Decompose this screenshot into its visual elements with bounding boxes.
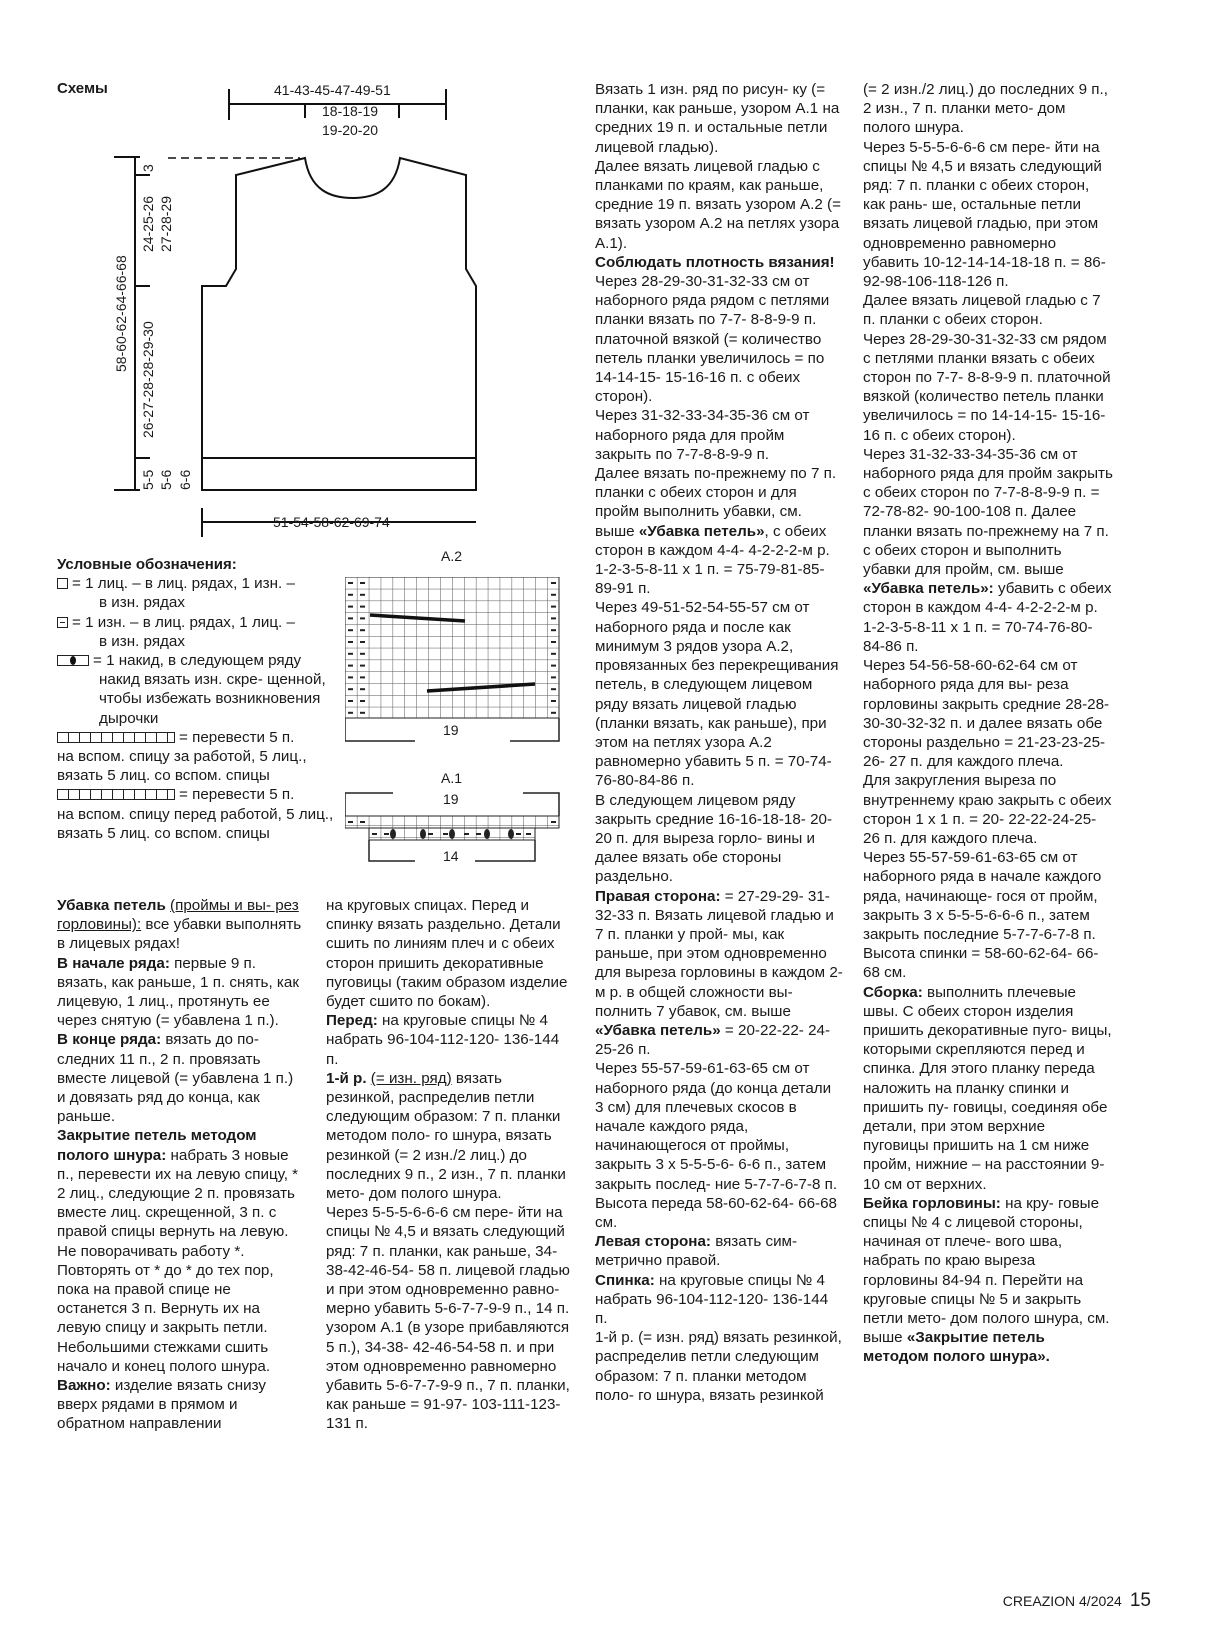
paragraph: Далее вязать лицевой гладью с планками п…: [595, 157, 843, 253]
garment-schematic: [0, 0, 580, 540]
rib-dim-1: 5-5: [140, 470, 156, 490]
text-column-3: Вязать 1 изн. ряд по рисун- ку (= планки…: [595, 80, 843, 1405]
paragraph: Левая сторона: вязать сим- метрично прав…: [595, 1232, 843, 1270]
paragraph: Через 28-29-30-31-32-33 см от наборного …: [595, 272, 843, 406]
text-column-1: Убавка петель (проймы и вы- рез горловин…: [57, 896, 302, 1434]
text-column-2: на круговых спицах. Перед и спинку вязат…: [326, 896, 574, 1434]
text-column-4: (= 2 изн./2 лиц.) до последних 9 п., 2 и…: [863, 80, 1113, 1367]
armhole-dim-1: 24-25-26: [140, 196, 156, 252]
rib-dim-2: 5-6: [158, 470, 174, 490]
paragraph: Через 31-32-33-34-35-36 см от наборного …: [863, 445, 1113, 656]
paragraph: 1-й р. (= изн. ряд) вязать резинкой, рас…: [326, 1069, 574, 1203]
paragraph: Спинка: на круговые спицы № 4 набрать 96…: [595, 1271, 843, 1329]
legend-item-yarn-over: = 1 накид, в следующем ряду: [57, 651, 337, 670]
paragraph: Повторять от * до * до тех пор, пока на …: [57, 1261, 302, 1376]
paragraph: Через 28-29-30-31-32-33 см рядом с петля…: [863, 330, 1113, 445]
paragraph: Вязать 1 изн. ряд по рисун- ку (= планки…: [595, 80, 843, 157]
legend-item-purl: = 1 изн. – в лиц. рядах, 1 лиц. –: [57, 613, 337, 632]
cable-back-icon: [57, 732, 175, 743]
total-height-dim: 58-60-62-64-66-68: [113, 255, 129, 372]
chart-a1-bottom-width: 14: [443, 848, 459, 864]
paragraph: Соблюдать плотность вязания!: [595, 253, 843, 272]
neck-width-dim-2: 19-20-20: [322, 122, 378, 138]
paragraph: Далее вязать по-прежнему по 7 п. планки …: [595, 464, 843, 598]
paragraph: Для закругления выреза по внутреннему кр…: [863, 771, 1113, 848]
paragraph: Важно: изделие вязать снизу вверх рядами…: [57, 1376, 302, 1434]
rib-dim-3: 6-6: [177, 470, 193, 490]
paragraph: (= 2 изн./2 лиц.) до последних 9 п., 2 и…: [863, 80, 1113, 138]
paragraph: Перед: на круговые спицы № 4 набрать 96-…: [326, 1011, 574, 1069]
paragraph: Правая сторона: = 27-29-29- 31-32-33 п. …: [595, 887, 843, 1060]
armhole-dim-2: 27-28-29: [158, 196, 174, 252]
paragraph: Далее вязать лицевой гладью с 7 п. планк…: [863, 291, 1113, 329]
dash-square-icon: [57, 617, 68, 628]
legend-item-cable-front: = перевести 5 п.: [57, 785, 337, 804]
yarn-over-icon: [57, 655, 89, 666]
paragraph: Закрытие петель методом полого шнура: на…: [57, 1126, 302, 1260]
paragraph: на круговых спицах. Перед и спинку вязат…: [326, 896, 574, 1011]
chart-a2-title: A.2: [441, 548, 462, 564]
legend-item-knit: = 1 лиц. – в лиц. рядах, 1 изн. –: [57, 574, 337, 593]
paragraph: Через 55-57-59-61-63-65 см от наборного …: [595, 1059, 843, 1193]
empty-square-icon: [57, 578, 68, 589]
paragraph: Через 31-32-33-34-35-36 см от наборного …: [595, 406, 843, 464]
paragraph: В конце ряда: вязать до по- следних 11 п…: [57, 1030, 302, 1126]
legend-item-cable-back: = перевести 5 п.: [57, 728, 337, 747]
neck-width-dim-1: 18-18-19: [322, 103, 378, 119]
paragraph: Высота переда 58-60-62-64- 66-68 см.: [595, 1194, 843, 1232]
page-number: 15: [1130, 1590, 1151, 1611]
paragraph: 1-й р. (= изн. ряд) вязать резинкой, рас…: [595, 1328, 843, 1405]
paragraph: Бейка горловины: на кру- говые спицы № 4…: [863, 1194, 1113, 1367]
body-height-dim: 26-27-28-28-29-30: [140, 321, 156, 438]
top-width-dim: 41-43-45-47-49-51: [274, 82, 391, 98]
paragraph: Через 49-51-52-54-55-57 см от наборного …: [595, 598, 843, 790]
magazine-issue: CREAZION 4/2024: [1003, 1593, 1122, 1609]
paragraph: Сборка: выполнить плечевые швы. С обеих …: [863, 983, 1113, 1194]
cable-front-icon: [57, 789, 175, 800]
paragraph: Убавка петель (проймы и вы- рез горловин…: [57, 896, 302, 954]
paragraph: Высота спинки = 58-60-62-64- 66-68 см.: [863, 944, 1113, 982]
paragraph: В следующем лицевом ряду закрыть средние…: [595, 791, 843, 887]
paragraph: В начале ряда: первые 9 п. вязать, как р…: [57, 954, 302, 1031]
page-footer: CREAZION 4/202415: [1003, 1590, 1151, 1612]
paragraph: Через 54-56-58-60-62-64 см от наборного …: [863, 656, 1113, 771]
paragraph: Через 55-57-59-61-63-65 см от наборного …: [863, 848, 1113, 944]
bottom-width-dim: 51-54-58-62-69-74: [273, 514, 390, 530]
legend-title: Условные обозначения:: [57, 555, 337, 574]
legend: Условные обозначения: = 1 лиц. – в лиц. …: [57, 555, 337, 843]
paragraph: Через 5-5-5-6-6-6 см пере- йти на спицы …: [326, 1203, 574, 1433]
paragraph: Через 5-5-5-6-6-6 см пере- йти на спицы …: [863, 138, 1113, 292]
shoulder-drop-dim: 3: [140, 164, 156, 172]
chart-a2-width: 19: [443, 722, 459, 738]
chart-a1-title: A.1: [441, 770, 462, 786]
